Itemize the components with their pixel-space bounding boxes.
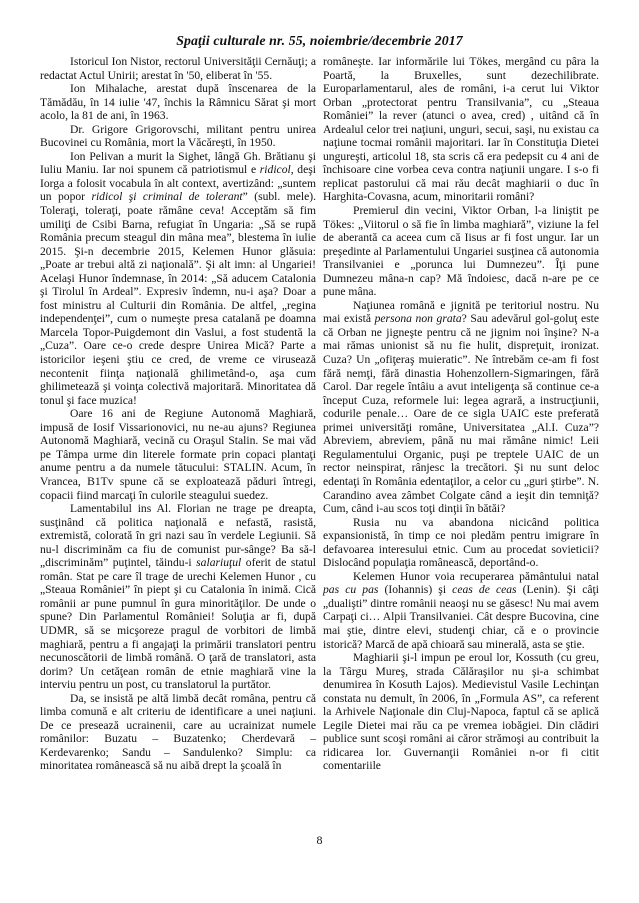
paragraph: româneşte. Iar informările lui Tökes, me… [323, 55, 599, 204]
text-run: ” (subl. mele). Toleraţi, toleraţi, poat… [40, 190, 316, 406]
italic-text-run: pas cu pas [323, 583, 378, 596]
document-page: Spaţii culturale nr. 55, noiembrie/decem… [0, 0, 639, 903]
text-run: oferit de statul român. Stat pe care îl … [40, 556, 316, 691]
paragraph: Lamentabilul ins Al. Florian ne trage pe… [40, 502, 316, 692]
paragraph: Premierul din vecini, Viktor Orban, l-a … [323, 204, 599, 299]
paragraph: Rusia nu va abandona nicicând politica e… [323, 516, 599, 570]
paragraph: Ion Mihalache, arestat după înscenarea d… [40, 82, 316, 123]
page-title: Spaţii culturale nr. 55, noiembrie/decem… [40, 33, 599, 49]
text-run: româneşte. Iar informările lui Tökes, me… [323, 55, 599, 203]
column-right: româneşte. Iar informările lui Tökes, me… [323, 55, 599, 773]
text-run: ? Sau adevărul gol-goluţ este că Orban n… [323, 312, 599, 515]
paragraph: Ion Pelivan a murit la Sighet, lângă Gh.… [40, 150, 316, 407]
text-run: Da, se insistă pe altă limbă decât român… [40, 692, 316, 773]
text-run: Premierul din vecini, Viktor Orban, l-a … [323, 204, 599, 298]
text-run: Rusia nu va abandona nicicând politica e… [323, 516, 599, 570]
text-run: Oare 16 ani de Regiune Autonomă Maghiară… [40, 407, 316, 501]
paragraph: Dr. Grigore Grigorovschi, militant pentr… [40, 123, 316, 150]
text-run: Maghiarii şi-l impun pe eroul lor, Kossu… [323, 651, 599, 772]
text-run: Istoricul Ion Nistor, rectorul Universit… [40, 55, 316, 82]
page-number: 8 [0, 833, 639, 848]
paragraph: Kelemen Hunor voia recuperarea pământulu… [323, 570, 599, 651]
paragraph: Istoricul Ion Nistor, rectorul Universit… [40, 55, 316, 82]
italic-text-run: salariuţul [196, 556, 241, 569]
text-run: Ion Mihalache, arestat după înscenarea d… [40, 82, 316, 122]
italic-text-run: persona non grata [375, 312, 462, 325]
text-run: Kelemen Hunor voia recuperarea pământulu… [353, 570, 599, 583]
italic-text-run: ceas de ceas [452, 583, 516, 596]
paragraph: Naţiunea română e jignită pe teritoriul … [323, 299, 599, 516]
column-left: Istoricul Ion Nistor, rectorul Universit… [40, 55, 316, 773]
paragraph: Oare 16 ani de Regiune Autonomă Maghiară… [40, 407, 316, 502]
text-run: (Iohannis) şi [378, 583, 452, 596]
paragraph: Da, se insistă pe altă limbă decât român… [40, 692, 316, 773]
italic-text-run: ridicol [260, 163, 291, 176]
paragraph: Maghiarii şi-l impun pe eroul lor, Kossu… [323, 651, 599, 773]
two-column-text: Istoricul Ion Nistor, rectorul Universit… [40, 55, 599, 773]
text-run: Dr. Grigore Grigorovschi, militant pentr… [40, 123, 316, 150]
italic-text-run: ridicol şi criminal de tolerant [91, 190, 242, 203]
